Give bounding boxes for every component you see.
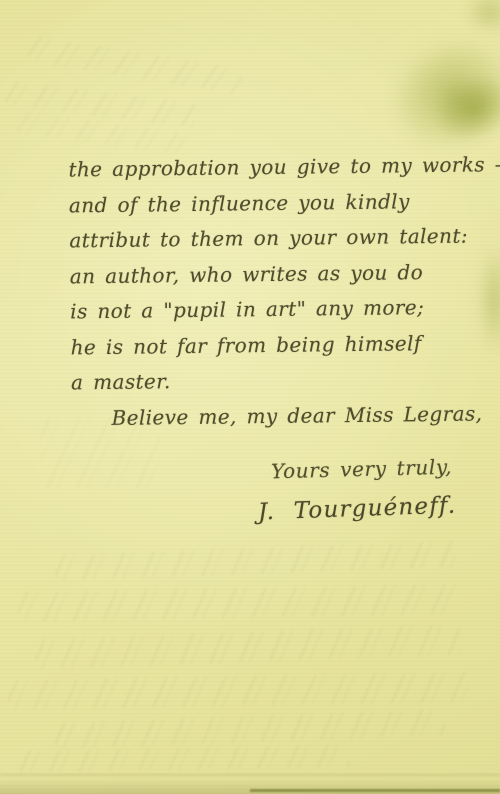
- green-stain-top-corner: [455, 0, 500, 42]
- green-stain-right-edge: [472, 225, 500, 375]
- ink-bleedthrough-marks: [27, 35, 243, 94]
- letter-scan-page: the approbation you give to my works — a…: [0, 0, 500, 794]
- ink-bleedthrough-marks: [55, 541, 456, 581]
- letter-line-2: and of the influence you kindly: [69, 183, 467, 223]
- ink-bleedthrough-marks: [18, 584, 458, 622]
- ink-bleedthrough-marks: [55, 709, 446, 749]
- letter-line-7: a master.: [71, 361, 469, 401]
- ink-bleedthrough-marks: [35, 625, 461, 670]
- signature: J. Tourguéneff.: [257, 493, 456, 526]
- paper-crease: [0, 774, 500, 776]
- letter-line-4: an author, who writes as you do: [70, 254, 468, 294]
- letter-line-6: he is not far from being himself: [70, 325, 468, 365]
- ink-bleedthrough-marks: [5, 81, 197, 128]
- letter-line-3: attribut to them on your own talent:: [69, 219, 467, 259]
- ink-bleedthrough-marks: [17, 110, 188, 155]
- letter-line-1: the approbation you give to my works —: [68, 148, 466, 188]
- valediction-line: Believe me, my dear Miss Legras,: [71, 396, 469, 436]
- closing-line: Yours very truly,: [271, 455, 453, 484]
- ink-bleedthrough-marks: [8, 672, 468, 710]
- letter-line-5: is not a "pupil in art" any more;: [70, 290, 468, 330]
- ink-bleedthrough-marks: [20, 745, 350, 773]
- page-bottom-edge-line: [250, 789, 500, 792]
- letter-body: the approbation you give to my works — a…: [68, 148, 469, 437]
